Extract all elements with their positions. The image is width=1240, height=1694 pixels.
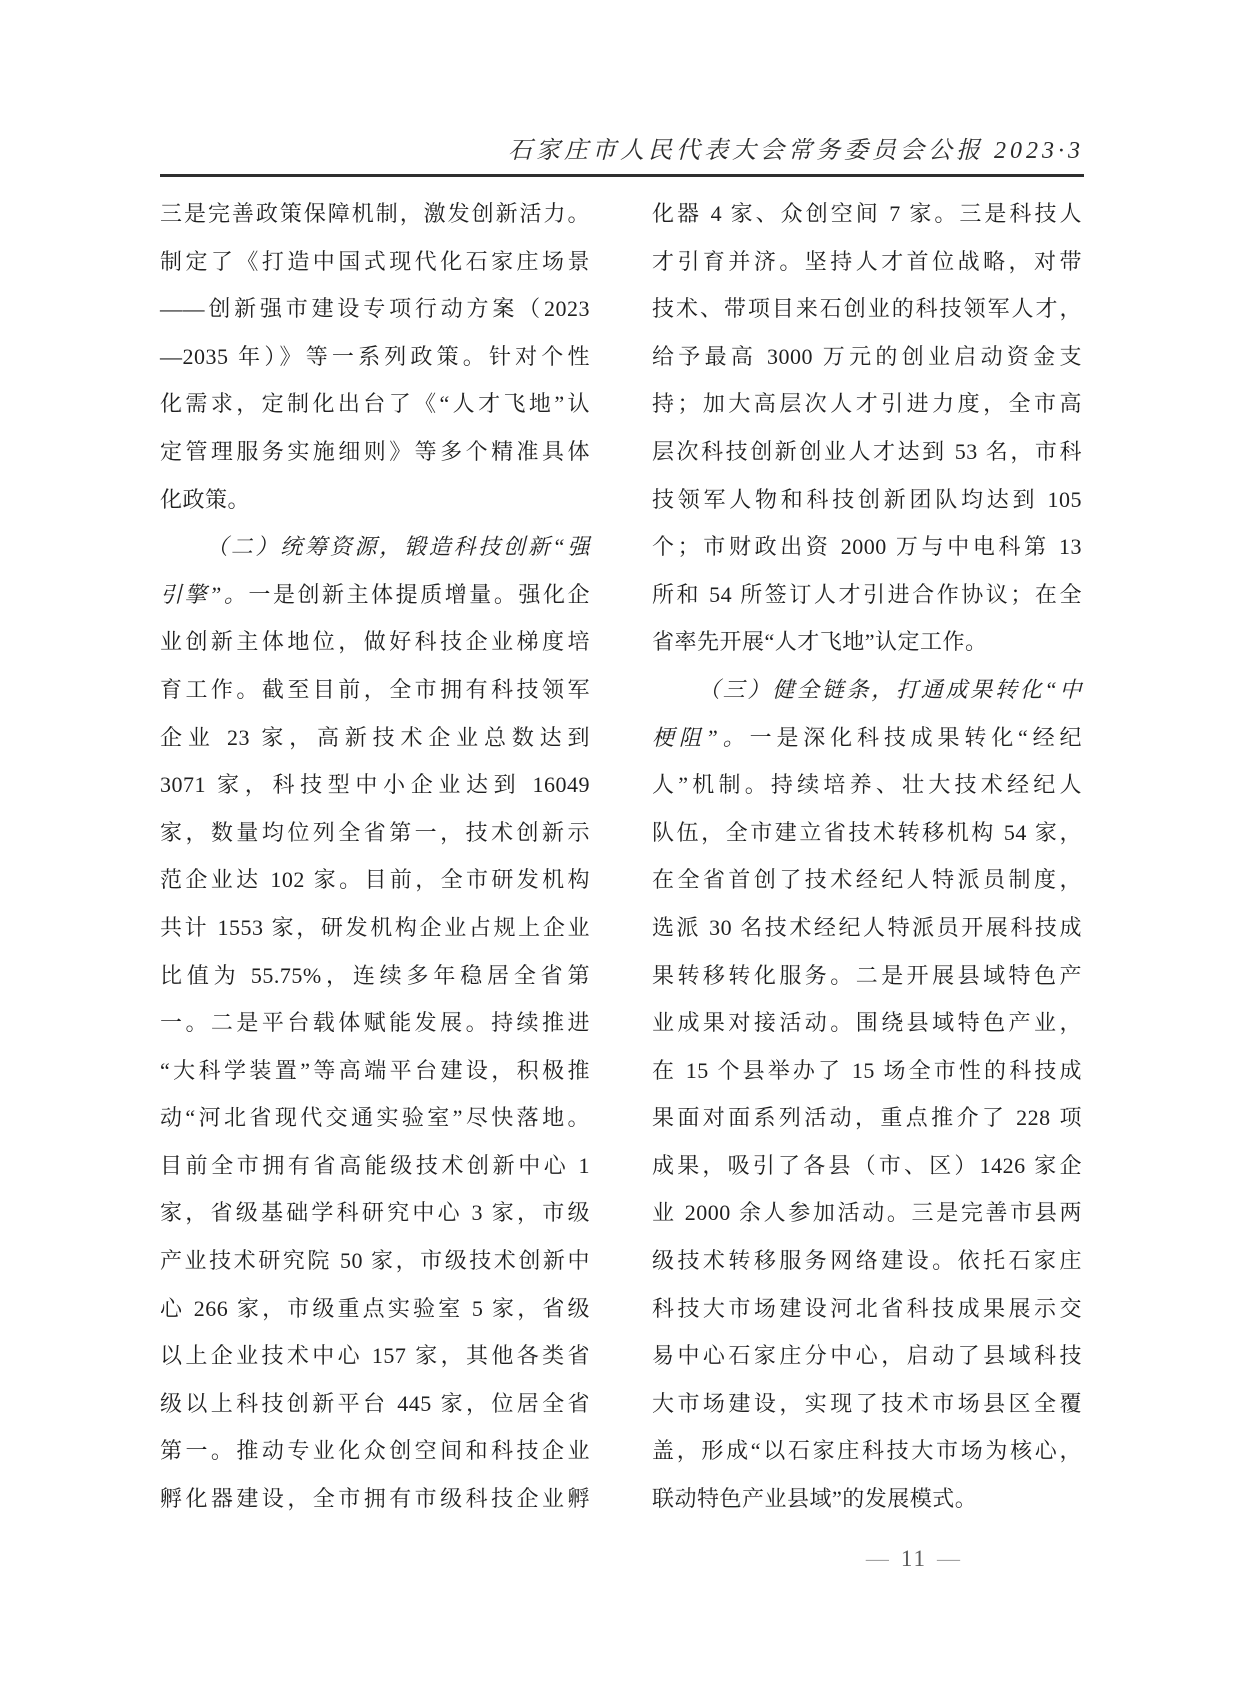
body-text: 化需求，定制化出台了《“人才飞地”认 bbox=[160, 391, 590, 416]
body-text: 育工作。截至目前，全市拥有科技领军 bbox=[160, 677, 590, 702]
text-line: 果转移转化服务。二是开展县域特色产 bbox=[652, 952, 1082, 1000]
text-line: 业成果对接活动。围绕县域特色产业， bbox=[652, 999, 1082, 1047]
emphasis-kai-text: 引擎”。 bbox=[160, 582, 248, 607]
text-line: 第一。推动专业化众创空间和科技企业 bbox=[160, 1427, 590, 1475]
body-text: 孵化器建设，全市拥有市级科技企业孵 bbox=[160, 1486, 590, 1511]
body-text: 化器 4 家、众创空间 7 家。三是科技人 bbox=[652, 201, 1082, 226]
body-text: 才引育并济。坚持人才首位战略，对带 bbox=[652, 249, 1082, 274]
page-number-left-dash: — bbox=[856, 1546, 901, 1571]
body-text: 个；市财政出资 2000 万与中电科第 13 bbox=[652, 534, 1082, 559]
text-line: 育工作。截至目前，全市拥有科技领军 bbox=[160, 666, 590, 714]
text-line: 梗阻”。一是深化科技成果转化“经纪 bbox=[652, 714, 1082, 762]
emphasis-kai-text: （二）统筹资源，锻造科技创新“强 bbox=[206, 534, 590, 559]
body-text: 给予最高 3000 万元的创业启动资金支 bbox=[652, 344, 1082, 369]
text-line: 科技大市场建设河北省科技成果展示交 bbox=[652, 1285, 1082, 1333]
text-line: —2035 年）》等一系列政策。针对个性 bbox=[160, 333, 590, 381]
text-line: （二）统筹资源，锻造科技创新“强 bbox=[160, 523, 590, 571]
emphasis-kai-text: 梗阻”。 bbox=[652, 725, 750, 750]
text-line: 定管理服务实施细则》等多个精准具体 bbox=[160, 428, 590, 476]
body-text: “大科学装置”等高端平台建设，积极推 bbox=[160, 1058, 590, 1083]
text-line: 所和 54 所签订人才引进合作协议；在全 bbox=[652, 571, 1082, 619]
text-line: 企业 23 家，高新技术企业总数达到 bbox=[160, 714, 590, 762]
text-line: 一。二是平台载体赋能发展。持续推进 bbox=[160, 999, 590, 1047]
text-line: 持；加大高层次人才引进力度，全市高 bbox=[652, 380, 1082, 428]
text-line: 比值为 55.75%，连续多年稳居全省第 bbox=[160, 952, 590, 1000]
emphasis-kai-text: （三）健全链条，打通成果转化“中 bbox=[698, 677, 1082, 702]
text-line: 在全省首创了技术经纪人特派员制度， bbox=[652, 856, 1082, 904]
text-line: 选派 30 名技术经纪人特派员开展科技成 bbox=[652, 904, 1082, 952]
running-header-title: 石家庄市人民代表大会常务委员会公报 2023·3 bbox=[160, 130, 1084, 165]
body-text: 层次科技创新创业人才达到 53 名，市科 bbox=[652, 439, 1082, 464]
body-text: 一。二是平台载体赋能发展。持续推进 bbox=[160, 1010, 590, 1035]
text-line: 目前全市拥有省高能级技术创新中心 1 bbox=[160, 1142, 590, 1190]
body-text: 省率先开展“人才飞地”认定工作。 bbox=[652, 629, 988, 654]
text-line: 化需求，定制化出台了《“人才飞地”认 bbox=[160, 380, 590, 428]
body-text: —2035 年）》等一系列政策。针对个性 bbox=[160, 344, 590, 369]
body-text: 以上企业技术中心 157 家，其他各类省 bbox=[160, 1343, 590, 1368]
body-text: 所和 54 所签订人才引进合作协议；在全 bbox=[652, 582, 1082, 607]
text-line: 盖，形成“以石家庄科技大市场为核心， bbox=[652, 1427, 1082, 1475]
body-text: 果面对面系列活动，重点推介了 228 项 bbox=[652, 1105, 1082, 1130]
header-rule-divider bbox=[160, 174, 1084, 177]
body-text: 制定了《打造中国式现代化石家庄场景 bbox=[160, 249, 590, 274]
text-line: 家，数量均位列全省第一，技术创新示 bbox=[160, 809, 590, 857]
text-line: 省率先开展“人才飞地”认定工作。 bbox=[652, 618, 1082, 666]
document-page: 石家庄市人民代表大会常务委员会公报 2023·3 三是完善政策保障机制，激发创新… bbox=[0, 0, 1240, 1694]
body-text: 比值为 55.75%，连续多年稳居全省第 bbox=[160, 963, 590, 988]
text-line: 业创新主体地位，做好科技企业梯度培 bbox=[160, 618, 590, 666]
body-text: 家，省级基础学科研究中心 3 家，市级 bbox=[160, 1200, 590, 1225]
body-text: 化政策。 bbox=[160, 487, 250, 512]
text-line: 动“河北省现代交通实验室”尽快落地。 bbox=[160, 1094, 590, 1142]
body-text: 人”机制。持续培养、壮大技术经纪人 bbox=[652, 772, 1082, 797]
body-text: 技领军人物和科技创新团队均达到 105 bbox=[652, 487, 1082, 512]
text-line: 人”机制。持续培养、壮大技术经纪人 bbox=[652, 761, 1082, 809]
text-line: 引擎”。一是创新主体提质增量。强化企 bbox=[160, 571, 590, 619]
body-text: ——创新强市建设专项行动方案（2023 bbox=[160, 296, 590, 321]
body-text: 科技大市场建设河北省科技成果展示交 bbox=[652, 1296, 1082, 1321]
body-text: 联动特色产业县域”的发展模式。 bbox=[652, 1486, 977, 1511]
text-line: 个；市财政出资 2000 万与中电科第 13 bbox=[652, 523, 1082, 571]
page-body: 三是完善政策保障机制，激发创新活力。制定了《打造中国式现代化石家庄场景——创新强… bbox=[160, 190, 1082, 1523]
text-line: 业 2000 余人参加活动。三是完善市县两 bbox=[652, 1189, 1082, 1237]
body-text: 一是深化科技成果转化“经纪 bbox=[750, 725, 1082, 750]
body-text: 动“河北省现代交通实验室”尽快落地。 bbox=[160, 1105, 590, 1130]
body-text: 级技术转移服务网络建设。依托石家庄 bbox=[652, 1248, 1082, 1273]
text-line: 三是完善政策保障机制，激发创新活力。 bbox=[160, 190, 590, 238]
text-line: 家，省级基础学科研究中心 3 家，市级 bbox=[160, 1189, 590, 1237]
body-text: 企业 23 家，高新技术企业总数达到 bbox=[160, 725, 590, 750]
body-text: 第一。推动专业化众创空间和科技企业 bbox=[160, 1438, 590, 1463]
text-line: “大科学装置”等高端平台建设，积极推 bbox=[160, 1047, 590, 1095]
text-line: 化政策。 bbox=[160, 476, 590, 524]
body-text: 易中心石家庄分中心，启动了县域科技 bbox=[652, 1343, 1082, 1368]
text-line: 大市场建设，实现了技术市场县区全覆 bbox=[652, 1380, 1082, 1428]
text-line: 技术、带项目来石创业的科技领军人才， bbox=[652, 285, 1082, 333]
body-text: 级以上科技创新平台 445 家，位居全省 bbox=[160, 1391, 590, 1416]
text-line: （三）健全链条，打通成果转化“中 bbox=[652, 666, 1082, 714]
body-text: 大市场建设，实现了技术市场县区全覆 bbox=[652, 1391, 1082, 1416]
body-text: 家，数量均位列全省第一，技术创新示 bbox=[160, 820, 590, 845]
body-text: 一是创新主体提质增量。强化企 bbox=[248, 582, 590, 607]
text-line: 以上企业技术中心 157 家，其他各类省 bbox=[160, 1332, 590, 1380]
text-line: 级技术转移服务网络建设。依托石家庄 bbox=[652, 1237, 1082, 1285]
page-number: —11— bbox=[856, 1546, 972, 1572]
body-text: 业成果对接活动。围绕县域特色产业， bbox=[652, 1010, 1082, 1035]
text-line: 制定了《打造中国式现代化石家庄场景 bbox=[160, 238, 590, 286]
text-line: 成果，吸引了各县（市、区）1426 家企 bbox=[652, 1142, 1082, 1190]
body-text: 业 2000 余人参加活动。三是完善市县两 bbox=[652, 1200, 1082, 1225]
body-text: 3071 家，科技型中小企业达到 16049 bbox=[160, 772, 590, 797]
text-line: ——创新强市建设专项行动方案（2023 bbox=[160, 285, 590, 333]
text-line: 范企业达 102 家。目前，全市研发机构 bbox=[160, 856, 590, 904]
body-text: 共计 1553 家，研发机构企业占规上企业 bbox=[160, 915, 590, 940]
text-line: 果面对面系列活动，重点推介了 228 项 bbox=[652, 1094, 1082, 1142]
body-text: 在全省首创了技术经纪人特派员制度， bbox=[652, 867, 1082, 892]
body-text: 心 266 家，市级重点实验室 5 家，省级 bbox=[160, 1296, 590, 1321]
body-text: 盖，形成“以石家庄科技大市场为核心， bbox=[652, 1438, 1082, 1463]
text-line: 孵化器建设，全市拥有市级科技企业孵 bbox=[160, 1475, 590, 1523]
text-line: 在 15 个县举办了 15 场全市性的科技成 bbox=[652, 1047, 1082, 1095]
text-line: 心 266 家，市级重点实验室 5 家，省级 bbox=[160, 1285, 590, 1333]
text-line: 给予最高 3000 万元的创业启动资金支 bbox=[652, 333, 1082, 381]
text-line: 易中心石家庄分中心，启动了县域科技 bbox=[652, 1332, 1082, 1380]
text-line: 联动特色产业县域”的发展模式。 bbox=[652, 1475, 1082, 1523]
body-text: 队伍，全市建立省技术转移机构 54 家， bbox=[652, 820, 1082, 845]
body-text: 在 15 个县举办了 15 场全市性的科技成 bbox=[652, 1058, 1082, 1083]
text-line: 3071 家，科技型中小企业达到 16049 bbox=[160, 761, 590, 809]
body-text: 产业技术研究院 50 家，市级技术创新中 bbox=[160, 1248, 590, 1273]
body-text: 持；加大高层次人才引进力度，全市高 bbox=[652, 391, 1082, 416]
text-line: 级以上科技创新平台 445 家，位居全省 bbox=[160, 1380, 590, 1428]
body-text: 果转移转化服务。二是开展县域特色产 bbox=[652, 963, 1082, 988]
text-line: 化器 4 家、众创空间 7 家。三是科技人 bbox=[652, 190, 1082, 238]
text-line: 层次科技创新创业人才达到 53 名，市科 bbox=[652, 428, 1082, 476]
page-number-right-dash: — bbox=[927, 1546, 972, 1571]
text-line: 共计 1553 家，研发机构企业占规上企业 bbox=[160, 904, 590, 952]
body-text: 选派 30 名技术经纪人特派员开展科技成 bbox=[652, 915, 1082, 940]
column-left: 三是完善政策保障机制，激发创新活力。制定了《打造中国式现代化石家庄场景——创新强… bbox=[160, 190, 590, 1523]
body-text: 范企业达 102 家。目前，全市研发机构 bbox=[160, 867, 590, 892]
body-text: 业创新主体地位，做好科技企业梯度培 bbox=[160, 629, 590, 654]
text-line: 产业技术研究院 50 家，市级技术创新中 bbox=[160, 1237, 590, 1285]
body-text: 技术、带项目来石创业的科技领军人才， bbox=[652, 296, 1082, 321]
body-text: 目前全市拥有省高能级技术创新中心 1 bbox=[160, 1153, 590, 1178]
body-text: 三是完善政策保障机制，激发创新活力。 bbox=[160, 201, 590, 226]
text-line: 才引育并济。坚持人才首位战略，对带 bbox=[652, 238, 1082, 286]
text-line: 队伍，全市建立省技术转移机构 54 家， bbox=[652, 809, 1082, 857]
body-text: 成果，吸引了各县（市、区）1426 家企 bbox=[652, 1153, 1082, 1178]
text-line: 技领军人物和科技创新团队均达到 105 bbox=[652, 476, 1082, 524]
column-right: 化器 4 家、众创空间 7 家。三是科技人才引育并济。坚持人才首位战略，对带技术… bbox=[652, 190, 1082, 1523]
body-text: 定管理服务实施细则》等多个精准具体 bbox=[160, 439, 590, 464]
page-number-value: 11 bbox=[901, 1546, 927, 1571]
